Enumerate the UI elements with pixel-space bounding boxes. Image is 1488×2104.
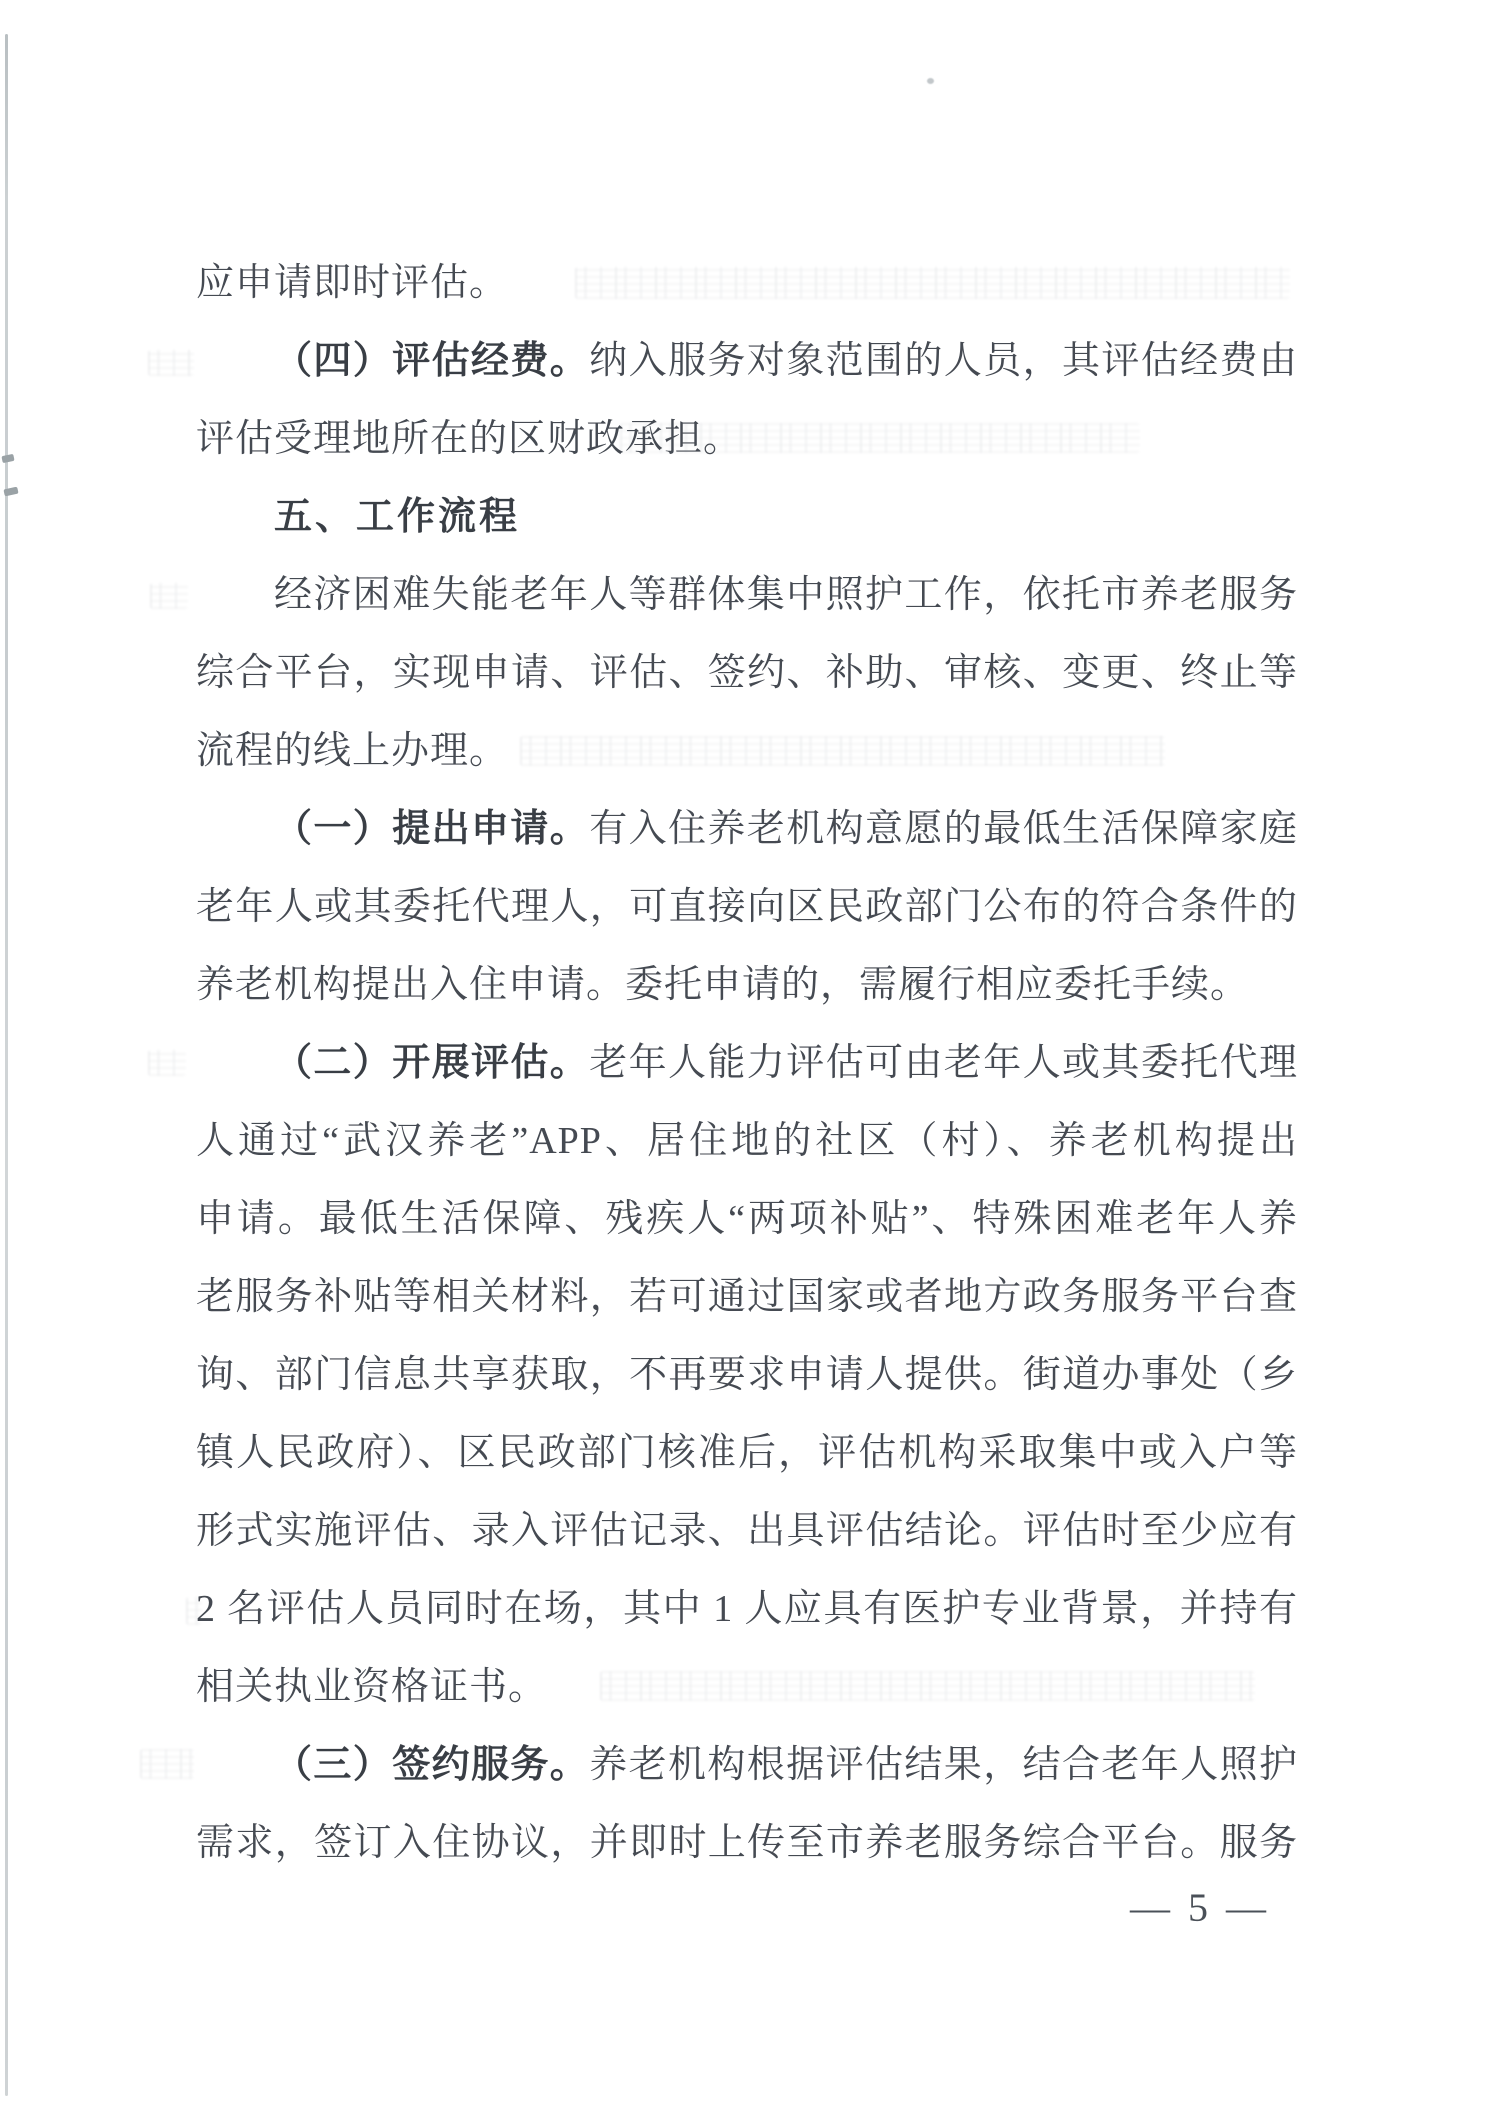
body-text: 镇人民政府）、区民政部门核准后，评估机构采取集中或入户等 — [196, 1432, 1298, 1474]
ink-bleed-smudge — [620, 423, 1140, 453]
document-text-column: 应申请即时评估。（四）评估经费。纳入服务对象范围的人员，其评估经费由评估受理地所… — [196, 244, 1298, 1882]
ink-bleed-smudge — [148, 1050, 186, 1076]
text-line: （四）评估经费。纳入服务对象范围的人员，其评估经费由 — [196, 322, 1298, 400]
text-line: 老服务补贴等相关材料，若可通过国家或者地方政务服务平台查 — [196, 1258, 1298, 1336]
text-line: 镇人民政府）、区民政部门核准后，评估机构采取集中或入户等 — [196, 1414, 1298, 1492]
text-line: 人通过“武汉养老”APP、居住地的社区（村）、养老机构提出 — [196, 1102, 1298, 1180]
body-text: 经济困难失能老年人等群体集中照护工作，依托市养老服务 — [274, 574, 1298, 616]
body-text: 相关执业资格证书。 — [196, 1666, 547, 1708]
body-text: 流程的线上办理。 — [196, 730, 508, 772]
scan-edge-notch — [3, 487, 18, 497]
body-text: 老年人或其委托代理人，可直接向区民政部门公布的符合条件的 — [196, 886, 1298, 928]
body-text: 老年人能力评估可由老年人或其委托代理 — [589, 1042, 1298, 1084]
ink-bleed-smudge — [575, 267, 1290, 299]
body-text: 申请。最低生活保障、残疾人“两项补贴”、特殊困难老年人养 — [196, 1198, 1298, 1240]
body-text: 应申请即时评估。 — [196, 262, 508, 304]
bold-label-text: （三）签约服务。 — [274, 1744, 589, 1786]
body-text: 形式实施评估、录入评估记录、出具评估结论。评估时至少应有 — [196, 1510, 1298, 1552]
ink-bleed-smudge — [140, 1749, 194, 1779]
body-text: 纳入服务对象范围的人员，其评估经费由 — [589, 340, 1298, 382]
ink-bleed-smudge — [150, 583, 188, 609]
scan-edge-notch — [1, 454, 14, 463]
text-line: （二）开展评估。老年人能力评估可由老年人或其委托代理 — [196, 1024, 1298, 1102]
ink-bleed-smudge — [520, 736, 1165, 766]
text-line: 综合平台，实现申请、评估、签约、补助、审核、变更、终止等 — [196, 634, 1298, 712]
ink-bleed-smudge — [600, 1671, 1255, 1701]
section-heading: 五、工作流程 — [196, 478, 1298, 556]
body-text: 养老机构根据评估结果，结合老年人照护 — [589, 1744, 1298, 1786]
document-page: 应申请即时评估。（四）评估经费。纳入服务对象范围的人员，其评估经费由评估受理地所… — [0, 0, 1488, 2104]
bold-label-text: （一）提出申请。 — [274, 808, 589, 850]
body-text: 询、部门信息共享获取，不再要求申请人提供。街道办事处（乡 — [196, 1354, 1298, 1396]
ink-bleed-smudge — [148, 350, 194, 376]
text-line: （一）提出申请。有入住养老机构意愿的最低生活保障家庭 — [196, 790, 1298, 868]
text-line: 经济困难失能老年人等群体集中照护工作，依托市养老服务 — [196, 556, 1298, 634]
scan-edge-artifact — [5, 34, 8, 2096]
text-line: 2 名评估人员同时在场，其中 1 人应具有医护专业背景，并持有 — [196, 1570, 1298, 1648]
body-text: 2 名评估人员同时在场，其中 1 人应具有医护专业背景，并持有 — [196, 1588, 1298, 1630]
text-line: 询、部门信息共享获取，不再要求申请人提供。街道办事处（乡 — [196, 1336, 1298, 1414]
body-text: 综合平台，实现申请、评估、签约、补助、审核、变更、终止等 — [196, 652, 1298, 694]
text-line: 需求，签订入住协议，并即时上传至市养老服务综合平台。服务 — [196, 1804, 1298, 1882]
body-text: 需求，签订入住协议，并即时上传至市养老服务综合平台。服务 — [196, 1822, 1298, 1864]
text-line: 养老机构提出入住申请。委托申请的，需履行相应委托手续。 — [196, 946, 1298, 1024]
text-line: 申请。最低生活保障、残疾人“两项补贴”、特殊困难老年人养 — [196, 1180, 1298, 1258]
body-text: 养老机构提出入住申请。委托申请的，需履行相应委托手续。 — [196, 964, 1249, 1006]
paper-speck — [927, 78, 934, 84]
body-text: 老服务补贴等相关材料，若可通过国家或者地方政务服务平台查 — [196, 1276, 1298, 1318]
bold-label-text: （二）开展评估。 — [274, 1042, 589, 1084]
bold-label-text: 五、工作流程 — [274, 496, 520, 538]
body-text: 有入住养老机构意愿的最低生活保障家庭 — [589, 808, 1298, 850]
page-number: — 5 — — [1110, 1884, 1290, 1932]
text-line: （三）签约服务。养老机构根据评估结果，结合老年人照护 — [196, 1726, 1298, 1804]
body-text: 人通过“武汉养老”APP、居住地的社区（村）、养老机构提出 — [196, 1120, 1298, 1162]
text-line: 老年人或其委托代理人，可直接向区民政部门公布的符合条件的 — [196, 868, 1298, 946]
text-line: 形式实施评估、录入评估记录、出具评估结论。评估时至少应有 — [196, 1492, 1298, 1570]
ink-bleed-smudge — [186, 1597, 202, 1625]
bold-label-text: （四）评估经费。 — [274, 340, 589, 382]
